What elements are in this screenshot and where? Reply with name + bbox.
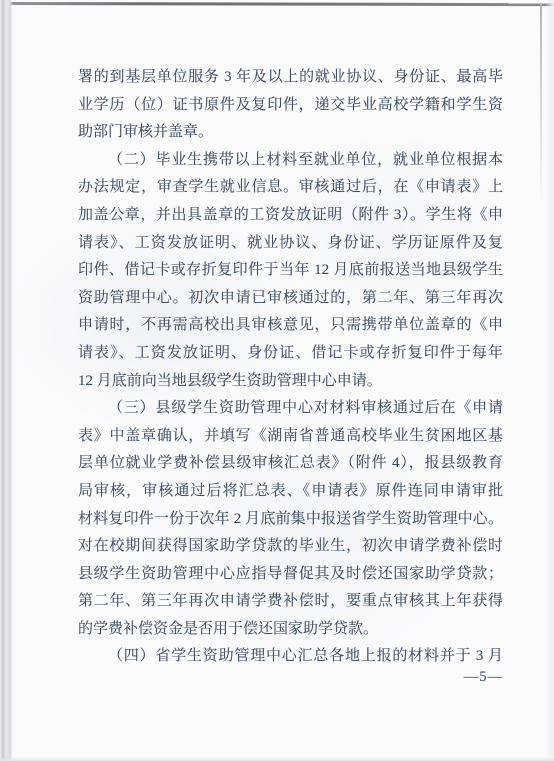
text-line: （三）县级学生资助管理中心对材料审核通过后在《申请: [78, 395, 503, 423]
scanned-document: 署的到基层单位服务 3 年及以上的就业协议、身份证、最高毕业学历（位）证书原件及…: [0, 0, 554, 761]
text-line: 对在校期间获得国家助学贷款的毕业生，初次申请学费补偿时: [78, 533, 503, 561]
scan-left-edge: [0, 0, 13, 761]
text-line: 加盖公章，并出具盖章的工资发放证明（附件 3）。学生将《申: [78, 202, 503, 230]
text-line: 表》中盖章确认，并填写《湖南省普通高校毕业生贫困地区基: [78, 423, 503, 451]
text-line: 助部门审核并盖章。: [78, 119, 503, 147]
text-line: 办法规定，审查学生就业信息。审核通过后，在《申请表》上: [78, 174, 503, 202]
text-line: 县级学生资助管理中心应指导督促其及时偿还国家助学贷款；: [78, 561, 503, 589]
text-line: 资助管理中心。初次申请已审核通过的，第二年、第三年再次: [78, 285, 503, 313]
scan-bottom-edge: [0, 757, 554, 761]
page-number: —5—: [78, 668, 503, 686]
text-line: 印件、借记卡或存折复印件于当年 12 月底前报送当地县级学生: [78, 257, 503, 285]
text-line: 请表》、工资发放证明、身份证、借记卡或存折复印件于每年: [78, 340, 503, 368]
document-body: 署的到基层单位服务 3 年及以上的就业协议、身份证、最高毕业学历（位）证书原件及…: [78, 64, 503, 671]
text-line: 层单位就业学费补偿县级审核汇总表》（附件 4），报县级教育: [78, 450, 503, 478]
text-line: （四）省学生资助管理中心汇总各地上报的材料并于 3 月: [78, 643, 503, 671]
text-line: 材料复印件一份于次年 2 月底前集中报送省学生资助管理中心。: [78, 506, 503, 534]
scan-right-edge: [545, 0, 554, 761]
text-line: 请表》、工资发放证明、就业协议、身份证、学历证原件及复: [78, 230, 503, 258]
text-line: 署的到基层单位服务 3 年及以上的就业协议、身份证、最高毕: [78, 64, 503, 92]
text-line: （二）毕业生携带以上材料至就业单位，就业单位根据本: [78, 147, 503, 175]
text-line: 局审核，审核通过后将汇总表、《申请表》原件连同申请审批: [78, 478, 503, 506]
text-line: 业学历（位）证书原件及复印件，递交毕业高校学籍和学生资: [78, 92, 503, 120]
text-line: 申请时，不再需高校出具审核意见，只需携带单位盖章的《申: [78, 312, 503, 340]
text-line: 的学费补偿资金是否用于偿还国家助学贷款。: [78, 616, 503, 644]
text-line: 第二年、第三年再次申请学费补偿时，要重点审核其上年获得: [78, 588, 503, 616]
paper-right-edge: [540, 4, 542, 204]
text-line: 12 月底前向当地县级学生资助管理中心申请。: [78, 368, 503, 396]
